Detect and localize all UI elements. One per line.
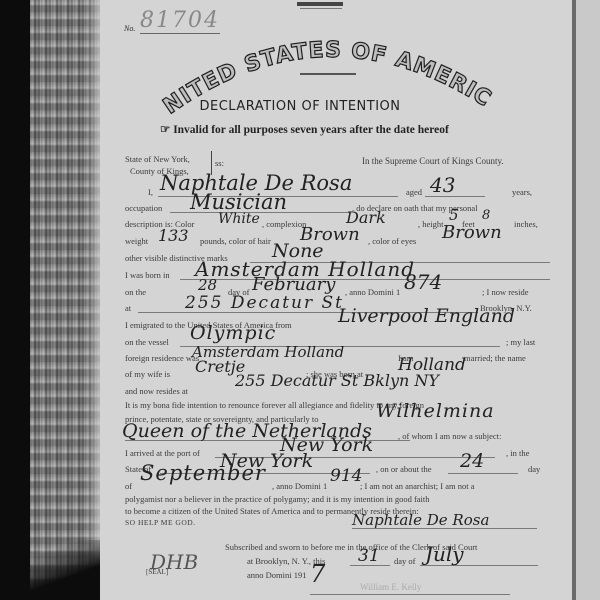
heading-rule bbox=[300, 73, 356, 75]
wife-label: of my wife is bbox=[125, 369, 170, 379]
wife-resides-label: and now resides at bbox=[125, 386, 188, 396]
so-help-text: SO HELP ME GOD. bbox=[125, 518, 196, 527]
jurat-day: 31 bbox=[358, 546, 380, 566]
vessel-label: on the vessel bbox=[125, 337, 169, 347]
weight-value: 133 bbox=[158, 226, 189, 245]
hair-label: pounds, color of hair bbox=[200, 236, 271, 246]
jurat-year: 7 bbox=[310, 560, 325, 588]
arrived-label: I arrived at the port of bbox=[125, 448, 200, 458]
subject-label: , of whom I am now a subject: bbox=[398, 431, 501, 441]
court-name: In the Supreme Court of Kings County. bbox=[362, 156, 504, 166]
header-ornament bbox=[297, 2, 343, 6]
number-label: No. bbox=[124, 24, 135, 33]
arrival-day: 24 bbox=[460, 450, 484, 472]
i-label: I, bbox=[148, 187, 153, 197]
validity-note: ☞ Invalid for all purposes seven years a… bbox=[160, 122, 449, 136]
age: 43 bbox=[430, 173, 455, 197]
birth-day: 28 bbox=[198, 276, 217, 294]
jurat-month: July bbox=[425, 542, 464, 566]
eyes-label: , color of eyes bbox=[368, 236, 416, 246]
on-the-label: on the bbox=[125, 287, 146, 297]
pointing-hand-icon: ☞ bbox=[160, 124, 173, 136]
clerk-signature-line bbox=[310, 594, 510, 595]
document-title: DECLARATION OF INTENTION bbox=[0, 99, 600, 114]
arrival-month: September bbox=[140, 461, 266, 485]
jurat-anno-text: anno Domini 191 bbox=[247, 570, 307, 580]
venue-state: State of New York, bbox=[125, 154, 190, 164]
binding-shadow bbox=[30, 540, 100, 600]
clerk-stamp: William E. Kelly bbox=[360, 582, 421, 592]
reside-label: ; I now reside bbox=[482, 287, 529, 297]
arrival-day-line bbox=[448, 473, 518, 474]
about-label: , on or about the bbox=[376, 464, 431, 474]
declarant-signature: Naphtale De Rosa bbox=[352, 511, 489, 529]
adjacent-page-strip bbox=[576, 0, 600, 600]
jurat-day-of: day of bbox=[394, 556, 415, 566]
last-label: ; my last bbox=[506, 337, 535, 347]
in-the-label: , in the bbox=[506, 448, 529, 458]
polygamist-text: polygamist nor a believer in the practic… bbox=[125, 494, 430, 504]
at-label: at bbox=[125, 303, 131, 313]
header-rule bbox=[300, 8, 342, 9]
color-value: White bbox=[218, 211, 260, 227]
occupation-label: occupation bbox=[125, 203, 162, 213]
height-label: , height bbox=[418, 219, 444, 229]
residence: 255 Decatur St bbox=[185, 293, 344, 313]
of-label: of bbox=[125, 481, 132, 491]
eyes-value: Brown bbox=[442, 222, 502, 243]
sovereign-line1: Wilhelmina bbox=[376, 400, 495, 422]
vessel: Olympic bbox=[190, 322, 276, 344]
anno-label: , anno Domini 1 bbox=[345, 287, 400, 297]
aged-label: aged bbox=[406, 187, 422, 197]
margin-initials: DHB bbox=[150, 550, 198, 574]
inches-label: inches, bbox=[514, 219, 538, 229]
validity-note-text: Invalid for all purposes seven years aft… bbox=[173, 124, 449, 136]
years-label: years, bbox=[512, 187, 532, 197]
foreign-label: foreign residence was bbox=[125, 353, 199, 363]
anarchist-text: ; I am not an anarchist; I am not a bbox=[360, 481, 474, 491]
height-inches: 8 bbox=[482, 208, 490, 223]
anno2-label: , anno Domini 1 bbox=[272, 481, 327, 491]
day-label: day bbox=[528, 464, 540, 474]
arrival-year: 914 bbox=[330, 466, 362, 486]
weight-label: weight bbox=[125, 236, 148, 246]
birth-month: February bbox=[252, 274, 335, 295]
emigrated-from: Liverpool England bbox=[338, 305, 515, 327]
born-label: I was born in bbox=[125, 270, 170, 280]
birth-year: 874 bbox=[404, 270, 442, 294]
wife-residence: 255 Decatur St Bklyn NY bbox=[235, 371, 439, 390]
married-text: married; the name bbox=[464, 353, 526, 363]
venue-ss: ss: bbox=[215, 158, 224, 168]
